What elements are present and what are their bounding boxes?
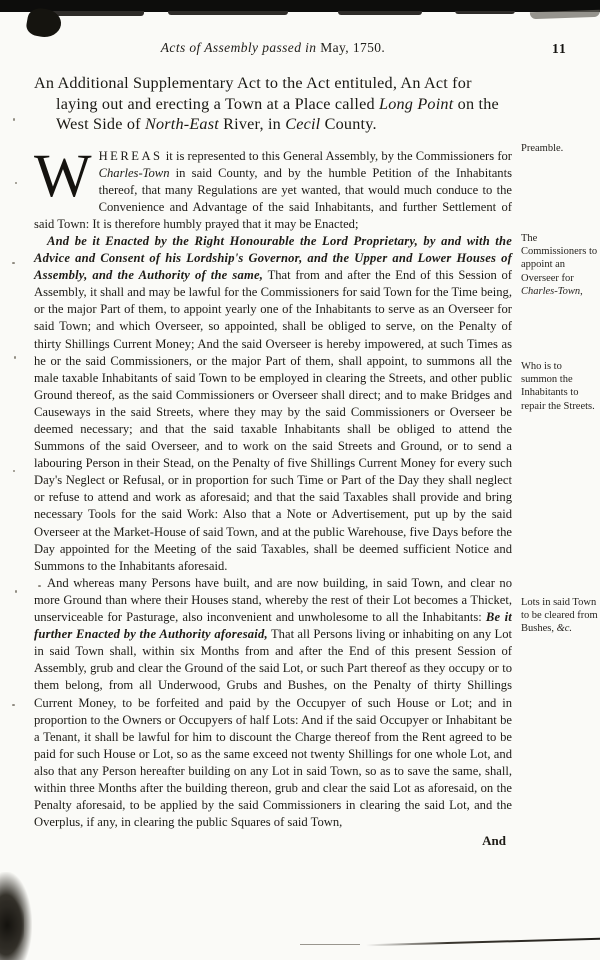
act-title-county-name: Cecil xyxy=(285,115,320,133)
margin-note-lots: Lots in said Town to be cleared from Bus… xyxy=(521,596,598,636)
paragraph-enacting-clause: And be it Enacted by the Right Honourabl… xyxy=(34,233,512,575)
scan-artifact xyxy=(52,11,144,16)
scan-speck xyxy=(12,262,15,264)
margin-note-summons: Who is to summon the Inhabitants to repa… xyxy=(521,360,598,413)
paragraph-lots-clause: And whereas many Persons have built, and… xyxy=(34,575,512,831)
scan-artifact xyxy=(168,11,288,15)
margin-note-preamble: Preamble. xyxy=(521,142,598,155)
scan-artifact xyxy=(338,11,422,15)
act-body: WHEREAS it is represented to this Genera… xyxy=(34,148,512,850)
running-header-title: Acts of Assembly passed in xyxy=(161,40,320,55)
act-title-text: River, in xyxy=(219,115,285,133)
scan-artifact xyxy=(455,11,515,14)
paragraph-text: it is represented to this General Assemb… xyxy=(163,149,512,163)
corner-ink-blot xyxy=(0,900,24,950)
margin-note-text: The Commissioners to appoint an Overseer… xyxy=(521,233,597,284)
margin-note-text: , xyxy=(580,286,583,297)
paragraph-text: That from and after the End of this Sess… xyxy=(34,268,512,573)
scan-speck xyxy=(15,182,17,184)
page-bottom-edge-line xyxy=(366,938,600,947)
scan-speck xyxy=(12,704,15,706)
paragraph-text: HEREAS xyxy=(99,149,163,163)
scan-smudge xyxy=(530,10,600,19)
scan-speck xyxy=(13,118,15,121)
act-title-river-name: North-East xyxy=(145,115,219,133)
drop-cap: W xyxy=(34,148,99,201)
running-header: Acts of Assembly passed in May, 1750. xyxy=(34,40,512,56)
scan-artifact xyxy=(300,944,360,945)
paragraph-text: That all Persons living or inhabiting on… xyxy=(34,627,512,829)
etc-abbreviation: &c. xyxy=(557,623,572,634)
running-header-date: May, 1750. xyxy=(320,40,385,55)
paragraph-preamble: WHEREAS it is represented to this Genera… xyxy=(34,148,512,233)
scan-speck xyxy=(13,470,15,472)
scan-speck xyxy=(15,590,17,593)
act-title-text: County. xyxy=(320,115,376,133)
page-number: 11 xyxy=(552,41,567,57)
main-text-column: Acts of Assembly passed in May, 1750. An… xyxy=(34,40,512,849)
town-name: Charles-Town xyxy=(99,166,170,180)
scanned-document-page: 11 Acts of Assembly passed in May, 1750.… xyxy=(0,0,600,960)
town-name: Charles-Town xyxy=(521,286,580,297)
act-title: An Additional Supplementary Act to the A… xyxy=(34,73,512,135)
margin-note-commissioners: The Commissioners to appoint an Overseer… xyxy=(521,232,598,298)
catchword: And xyxy=(34,832,512,849)
scan-speck xyxy=(14,356,16,359)
act-title-place-name: Long Point xyxy=(379,95,453,113)
paragraph-text: And whereas many Persons have built, and… xyxy=(34,576,512,624)
